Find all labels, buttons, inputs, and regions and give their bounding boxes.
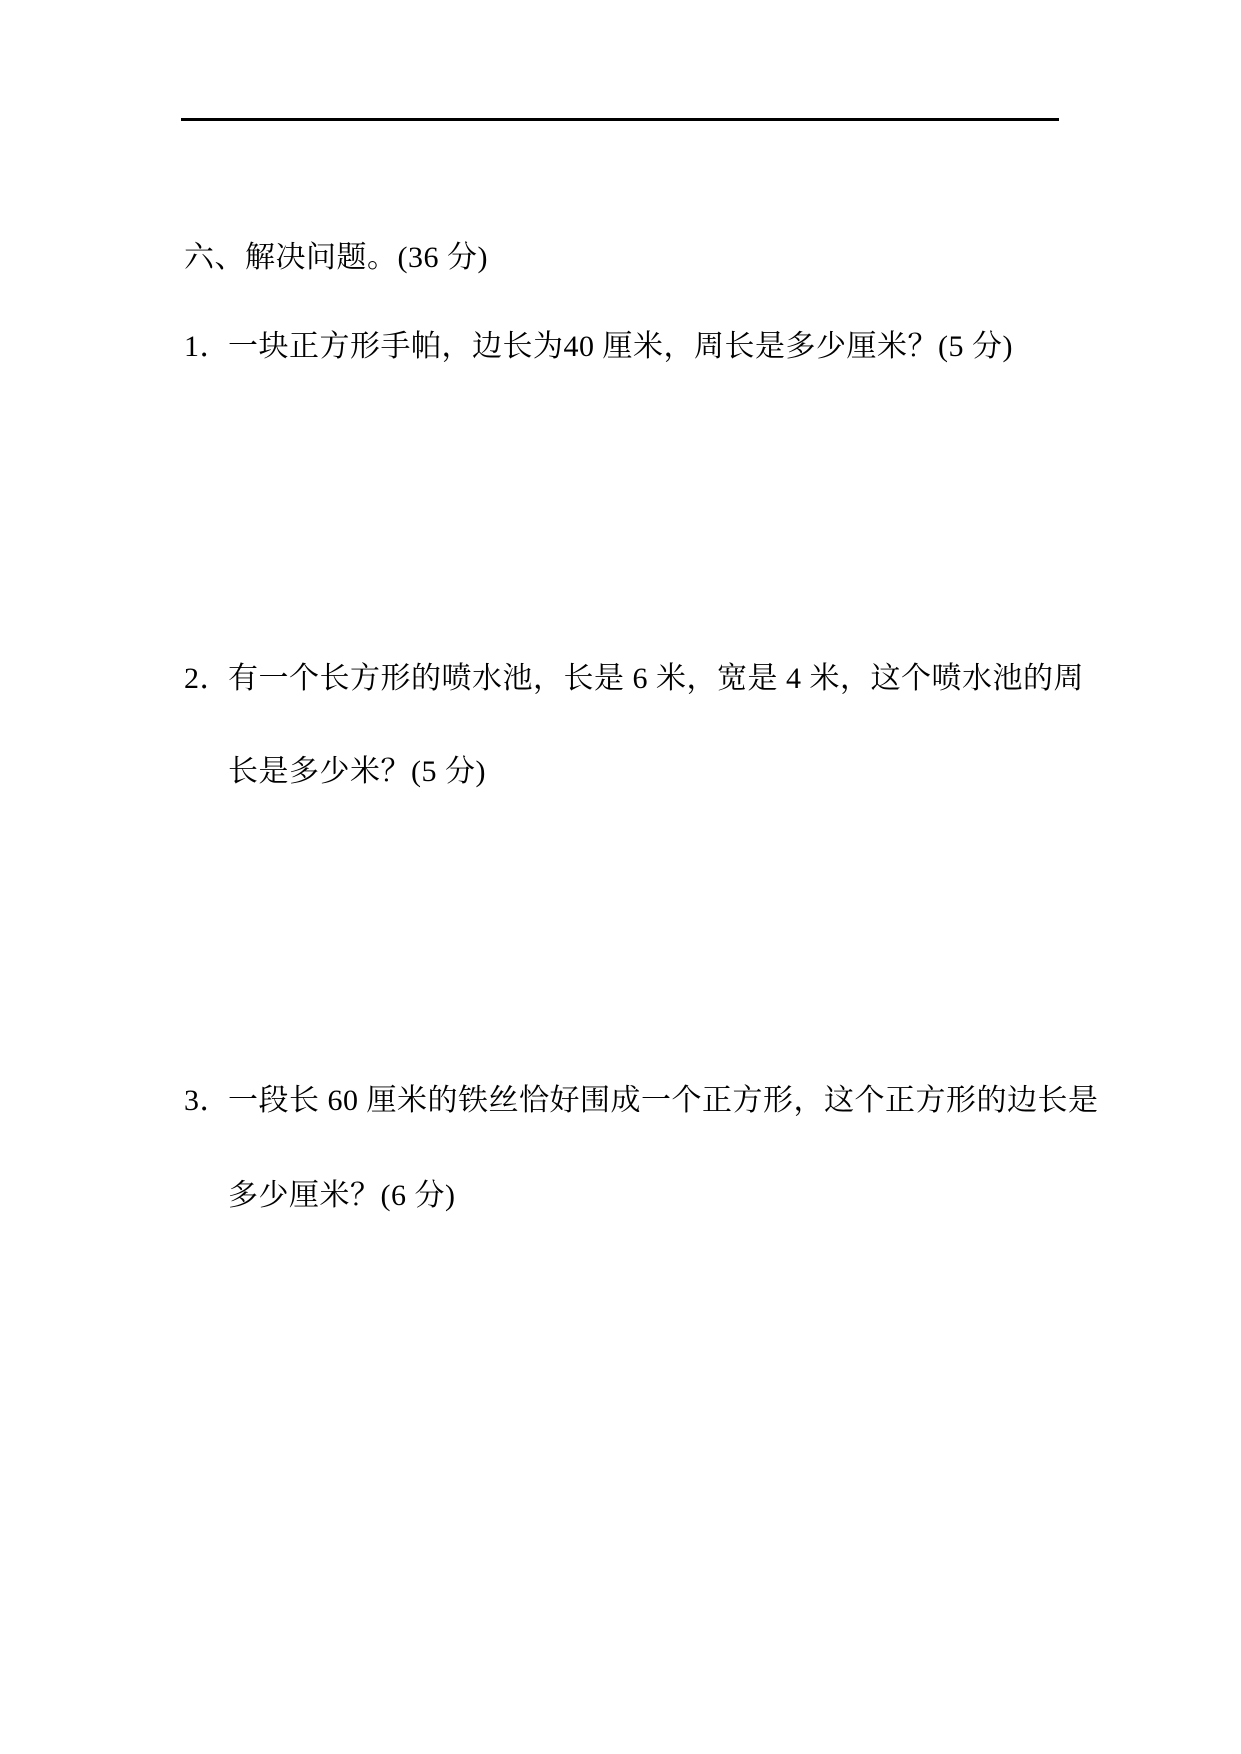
section-heading: 六、解决问题。(36 分)	[184, 240, 488, 276]
question-1-number: 1．	[184, 329, 228, 365]
question-2-text: 有一个长方形的喷水池，长是 6 米，宽是 4 米，这个喷水池的周	[228, 662, 1084, 695]
question-1-line-1: 1．一块正方形手帕，边长为40 厘米，周长是多少厘米？(5 分)	[184, 329, 1013, 365]
question-3-text: 一段长 60 厘米的铁丝恰好围成一个正方形，这个正方形的边长是	[228, 1084, 1099, 1117]
question-2-line-2: 长是多少米？(5 分)	[228, 754, 486, 790]
header-rule	[181, 118, 1059, 121]
question-3-number: 3．	[184, 1083, 228, 1119]
question-2-number: 2．	[184, 661, 228, 697]
worksheet-page: 六、解决问题。(36 分) 1．一块正方形手帕，边长为40 厘米，周长是多少厘米…	[0, 0, 1241, 1754]
question-2-line-1: 2．有一个长方形的喷水池，长是 6 米，宽是 4 米，这个喷水池的周	[184, 661, 1084, 697]
question-3-line-1: 3．一段长 60 厘米的铁丝恰好围成一个正方形，这个正方形的边长是	[184, 1083, 1099, 1119]
question-1-text: 一块正方形手帕，边长为40 厘米，周长是多少厘米？(5 分)	[228, 330, 1013, 363]
question-3-line-2: 多少厘米？(6 分)	[228, 1178, 455, 1214]
